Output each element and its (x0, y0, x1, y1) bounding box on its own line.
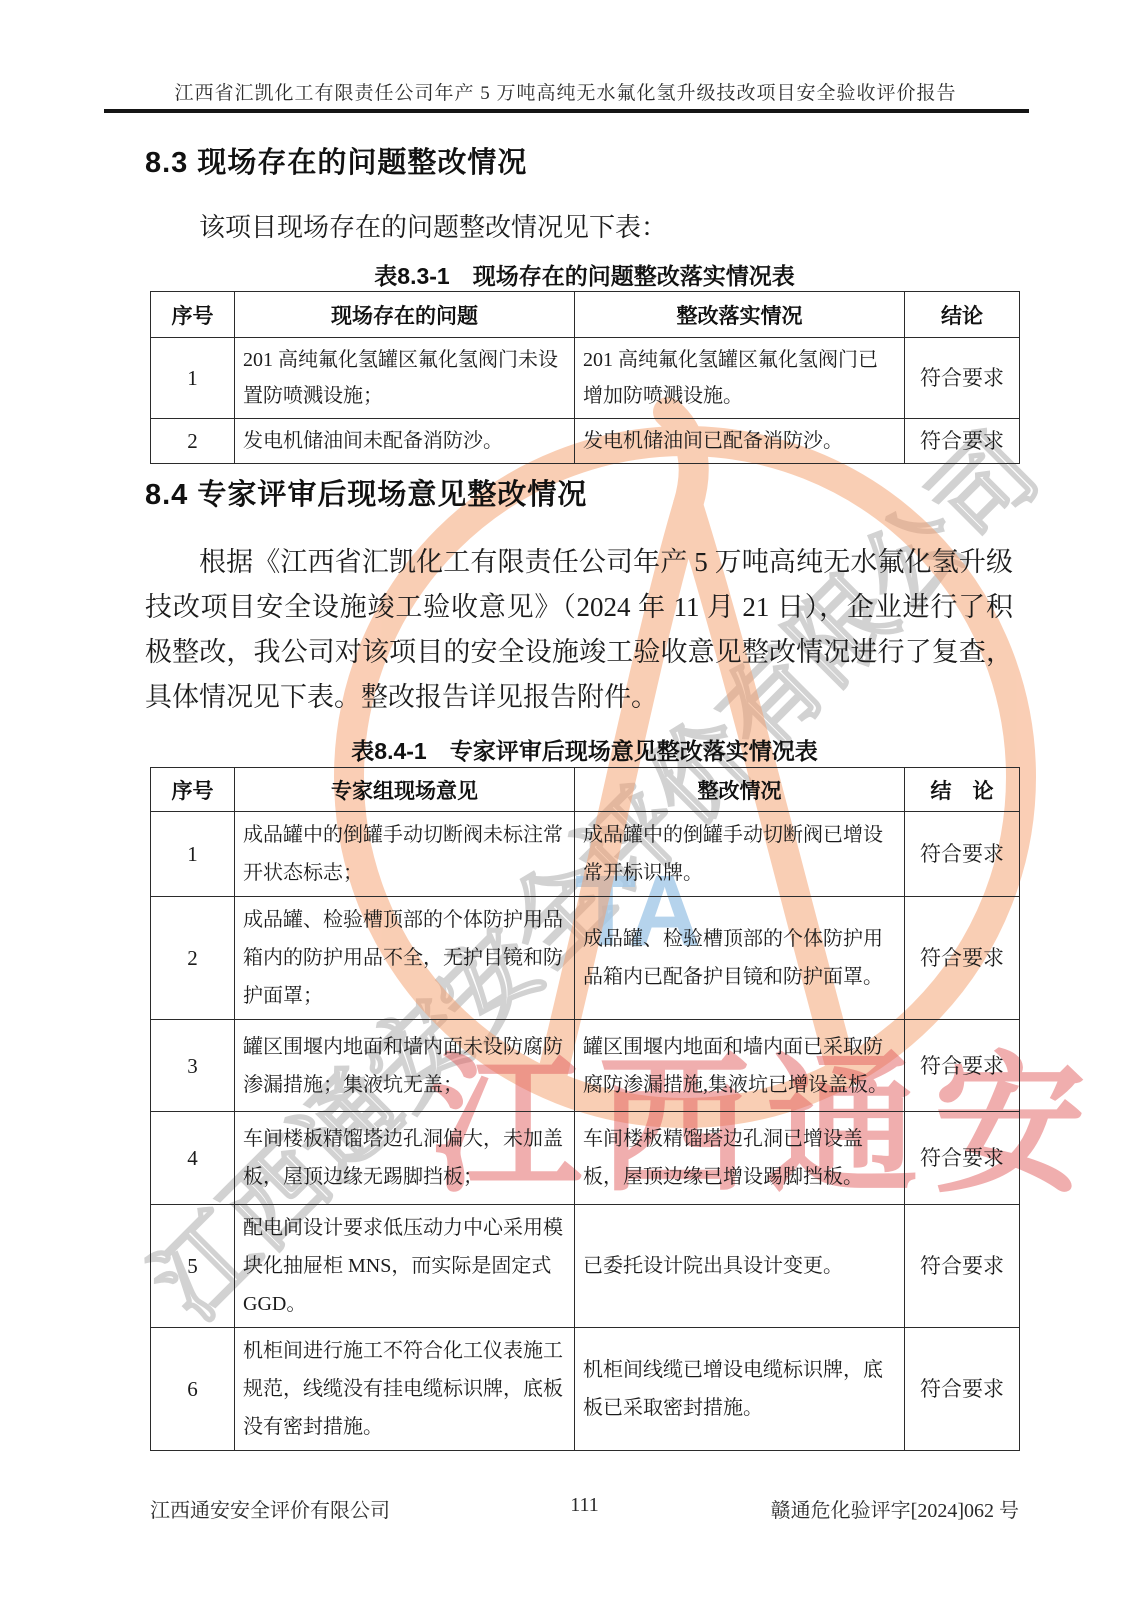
table-cell: 成品罐中的倒罐手动切断阀已增设常开标识牌。 (575, 812, 905, 897)
table-row: 2发电机储油间未配备消防沙。发电机储油间已配备消防沙。符合要求 (151, 419, 1020, 464)
table-cell: 发电机储油间已配备消防沙。 (575, 419, 905, 464)
table-header-cell: 现场存在的问题 (235, 292, 575, 338)
table-header-cell: 序号 (151, 768, 235, 812)
table-row: 4车间楼板精馏塔边孔洞偏大，未加盖板，屋顶边缘无踢脚挡板；车间楼板精馏塔边孔洞已… (151, 1112, 1020, 1205)
table-cell: 符合要求 (905, 897, 1020, 1020)
footer-doc-number: 赣通危化验评字[2024]062 号 (771, 1494, 1019, 1523)
table-header-cell: 结 论 (905, 768, 1020, 812)
section-8-3-heading: 8.3 现场存在的问题整改情况 (145, 140, 527, 181)
table-cell: 机柜间进行施工不符合化工仪表施工规范，线缆没有挂电缆标识牌，底板没有密封措施。 (235, 1328, 575, 1451)
table-cell: 2 (151, 419, 235, 464)
table-cell: 6 (151, 1328, 235, 1451)
table-cell: 1 (151, 338, 235, 419)
table-cell: 发电机储油间未配备消防沙。 (235, 419, 575, 464)
table-row: 5配电间设计要求低压动力中心采用模块化抽屉柜 MNS，而实际是固定式 GGD。已… (151, 1205, 1020, 1328)
table-cell: 成品罐、检验槽顶部的个体防护用品箱内已配备护目镜和防护面罩。 (575, 897, 905, 1020)
document-page: 江西通安安全评价有限公司 TA 江西通安 江西省汇凯化工有限责任公司年产 5 万… (0, 0, 1131, 1600)
table-header-cell: 序号 (151, 292, 235, 338)
table-row: 2成品罐、检验槽顶部的个体防护用品箱内的防护用品不全，无护目镜和防护面罩；成品罐… (151, 897, 1020, 1020)
page-header-title: 江西省汇凯化工有限责任公司年产 5 万吨高纯无水氟化氢升级技改项目安全验收评价报… (0, 78, 1131, 105)
table-cell: 罐区围堰内地面和墙内面已采取防腐防渗漏措施,集液坑已增设盖板。 (575, 1020, 905, 1112)
table-cell: 符合要求 (905, 338, 1020, 419)
table-cell: 配电间设计要求低压动力中心采用模块化抽屉柜 MNS，而实际是固定式 GGD。 (235, 1205, 575, 1328)
table-cell: 201 高纯氟化氢罐区氟化氢阀门已增加防喷溅设施。 (575, 338, 905, 419)
table-cell: 罐区围堰内地面和墙内面未设防腐防渗漏措施；集液坑无盖； (235, 1020, 575, 1112)
table-header-row: 序号专家组现场意见整改情况结 论 (151, 768, 1020, 812)
table-header-cell: 整改落实情况 (575, 292, 905, 338)
section-8-3-intro: 该项目现场存在的问题整改情况见下表： (199, 207, 667, 244)
table-cell: 5 (151, 1205, 235, 1328)
table-cell: 车间楼板精馏塔边孔洞已增设盖板，屋顶边缘已增设踢脚挡板。 (575, 1112, 905, 1205)
table-header-cell: 结论 (905, 292, 1020, 338)
table-cell: 成品罐、检验槽顶部的个体防护用品箱内的防护用品不全，无护目镜和防护面罩； (235, 897, 575, 1020)
table-cell: 符合要求 (905, 1328, 1020, 1451)
table-header-cell: 整改情况 (575, 768, 905, 812)
table-cell: 符合要求 (905, 1112, 1020, 1205)
table-cell: 机柜间线缆已增设电缆标识牌，底板已采取密封措施。 (575, 1328, 905, 1451)
table-cell: 2 (151, 897, 235, 1020)
table-row: 3罐区围堰内地面和墙内面未设防腐防渗漏措施；集液坑无盖；罐区围堰内地面和墙内面已… (151, 1020, 1020, 1112)
table-row: 1201 高纯氟化氢罐区氟化氢阀门未设置防喷溅设施；201 高纯氟化氢罐区氟化氢… (151, 338, 1020, 419)
table-cell: 车间楼板精馏塔边孔洞偏大，未加盖板，屋顶边缘无踢脚挡板； (235, 1112, 575, 1205)
table-cell: 4 (151, 1112, 235, 1205)
table-8-4-1: 序号专家组现场意见整改情况结 论1成品罐中的倒罐手动切断阀未标注常开状态标志；成… (150, 767, 1020, 1451)
section-8-4-paragraph: 根据《江西省汇凯化工有限责任公司年产 5 万吨高纯无水氟化氢升级技改项目安全设施… (145, 540, 1013, 720)
footer-company: 江西通安安全评价有限公司 (150, 1494, 390, 1523)
table-header-cell: 专家组现场意见 (235, 768, 575, 812)
table-8-4-1-caption: 表8.4-1 专家评审后现场意见整改落实情况表 (150, 733, 1019, 766)
table-cell: 已委托设计院出具设计变更。 (575, 1205, 905, 1328)
table-cell: 成品罐中的倒罐手动切断阀未标注常开状态标志； (235, 812, 575, 897)
table-8-3-1: 序号现场存在的问题整改落实情况结论1201 高纯氟化氢罐区氟化氢阀门未设置防喷溅… (150, 291, 1020, 464)
table-cell: 符合要求 (905, 1020, 1020, 1112)
header-rule (104, 109, 1029, 113)
table-cell: 符合要求 (905, 812, 1020, 897)
table-cell: 符合要求 (905, 419, 1020, 464)
table-cell: 1 (151, 812, 235, 897)
table-row: 6机柜间进行施工不符合化工仪表施工规范，线缆没有挂电缆标识牌，底板没有密封措施。… (151, 1328, 1020, 1451)
table-8-3-1-caption: 表8.3-1 现场存在的问题整改落实情况表 (150, 258, 1019, 291)
table-cell: 符合要求 (905, 1205, 1020, 1328)
table-header-row: 序号现场存在的问题整改落实情况结论 (151, 292, 1020, 338)
content-layer: 江西省汇凯化工有限责任公司年产 5 万吨高纯无水氟化氢升级技改项目安全验收评价报… (0, 0, 1131, 1600)
section-8-4-heading: 8.4 专家评审后现场意见整改情况 (145, 472, 587, 513)
table-cell: 3 (151, 1020, 235, 1112)
table-cell: 201 高纯氟化氢罐区氟化氢阀门未设置防喷溅设施； (235, 338, 575, 419)
table-row: 1成品罐中的倒罐手动切断阀未标注常开状态标志；成品罐中的倒罐手动切断阀已增设常开… (151, 812, 1020, 897)
